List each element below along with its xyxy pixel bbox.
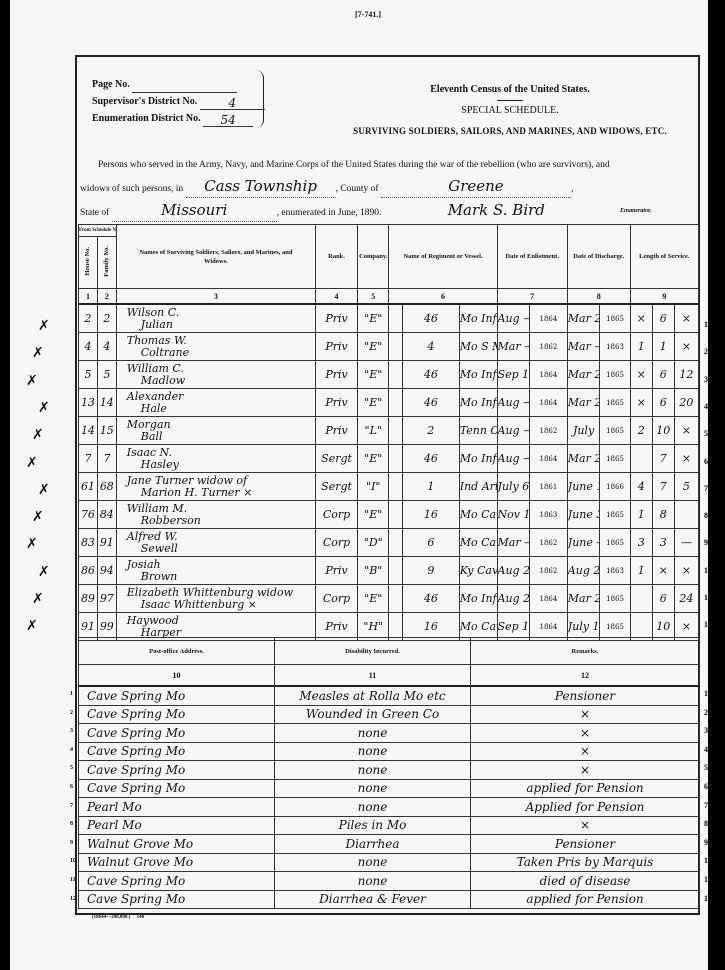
enlistment-year-cell: 1862 <box>530 417 568 445</box>
name-cell: Isaac N.Hasley <box>116 445 315 473</box>
regiment-number-cell: 46 <box>403 304 460 333</box>
line-number: 3 <box>704 375 708 384</box>
tally-mark-icon: ✗ <box>32 345 44 361</box>
enlistment-month: July <box>498 480 519 493</box>
discharge-month-day-cell: June — <box>567 529 600 557</box>
days-cell: 20 <box>674 389 698 417</box>
family-no-cell: 68 <box>97 473 116 501</box>
years-cell: 3 <box>630 529 652 557</box>
years-cell: × <box>630 389 652 417</box>
months-cell: 6 <box>652 361 674 389</box>
months-cell: 6 <box>652 389 674 417</box>
line-number: 1 <box>704 689 708 698</box>
line-number: 11 <box>704 593 712 602</box>
discharge-month-day-cell: Mar — <box>567 333 600 361</box>
discharge-month-day-cell: Mar 25 <box>567 445 600 473</box>
name-cell: William M.Robberson <box>116 501 315 529</box>
enlistment-month-day-cell: Mar — <box>497 333 530 361</box>
days-cell: — <box>674 529 698 557</box>
name-line-1: Josiah <box>127 559 315 571</box>
rank-cell: Sergt <box>316 445 358 473</box>
discharge-year-cell: 1865 <box>600 529 630 557</box>
disability-cell: none <box>275 742 471 761</box>
line-number: 4 <box>704 402 708 411</box>
intro-paragraph: Persons who served in the Army, Navy, an… <box>80 155 695 224</box>
enlistment-year-cell: 1864 <box>530 389 568 417</box>
discharge-month-day-cell: Mar 25 <box>567 389 600 417</box>
table-row: Cave Spring Mononedied of disease <box>79 872 700 891</box>
disability-cell: none <box>275 798 471 817</box>
tally-mark-icon: ✗ <box>38 482 50 498</box>
name-line-2: Madlow <box>127 375 315 387</box>
rank-cell: Corp <box>316 529 358 557</box>
name-line-2: Isaac Whittenburg × <box>127 599 315 611</box>
table-row: 55William C.MadlowPriv"E"46Mo InfSep 131… <box>79 361 699 389</box>
enlistment-month: Aug <box>498 312 520 325</box>
tally-mark-icon: ✗ <box>38 400 50 416</box>
line-number: 7 <box>704 484 708 493</box>
family-no-cell: 4 <box>97 333 116 361</box>
discharge-year-cell: 1865 <box>600 389 630 417</box>
line-number: 6 <box>704 782 708 791</box>
regiment-name-cell: Tenn Cav <box>459 417 497 445</box>
discharge-day: — <box>594 340 599 353</box>
enlistment-day: — <box>523 424 529 437</box>
col-num: 10 <box>79 665 275 687</box>
years-cell: 4 <box>630 473 652 501</box>
enlistment-year-cell: 1862 <box>530 333 568 361</box>
discharge-year-cell: 1865 <box>600 304 630 333</box>
company-cell: "B" <box>358 557 389 585</box>
enlistment-month: Aug <box>498 396 520 409</box>
name-line-2: Brown <box>127 571 315 583</box>
enlistment-month-day-cell: Aug 29 <box>497 585 530 613</box>
print-code: (18644—200,000.) 140 <box>92 915 144 920</box>
discharge-month-day-cell: Mar 25 <box>567 304 600 333</box>
enumerated-label: , enumerated in June, 1890. <box>277 208 382 218</box>
discharge-month: Mar <box>568 340 591 353</box>
name-line-1: Isaac N. <box>127 447 315 459</box>
line-number: 5 <box>704 429 708 438</box>
enlistment-year-cell: 1864 <box>530 304 568 333</box>
years-cell: 1 <box>630 501 652 529</box>
discharge-month-day-cell: July <box>567 417 600 445</box>
house-no-cell: 61 <box>79 473 98 501</box>
discharge-year-cell: 1863 <box>600 333 630 361</box>
address-cell: Pearl Mo <box>79 816 275 835</box>
discharge-month-day-cell: Aug 23 <box>567 557 600 585</box>
regiment-spacer <box>389 304 403 333</box>
name-line-2: Sewell <box>127 543 315 555</box>
table-row: 1314AlexanderHalePriv"E"46Mo InfAug —186… <box>79 389 699 417</box>
soldiers-table: From Schedule No. 1. Names of Surviving … <box>78 224 699 641</box>
years-cell: 1 <box>630 557 652 585</box>
table-row: Walnut Grove MononeTaken Pris by Marquis <box>79 853 700 872</box>
line-number-left: 7 <box>70 803 73 809</box>
line-number-left: 4 <box>70 747 73 753</box>
line-number: 12 <box>704 620 712 629</box>
discharge-month: Mar <box>568 452 591 465</box>
name-cell: Wilson C.Julian <box>116 304 315 333</box>
line-number: 8 <box>704 511 708 520</box>
company-cell: "E" <box>358 445 389 473</box>
name-line-2: Hasley <box>127 459 315 471</box>
discharge-day: 25 <box>594 312 599 325</box>
family-no-cell: 2 <box>97 304 116 333</box>
house-no-cell: 83 <box>79 529 98 557</box>
days-cell: × <box>674 333 698 361</box>
enlistment-day: — <box>523 452 529 465</box>
discharge-day: 30 <box>596 508 599 521</box>
table-row: 77Isaac N.HasleySergt"E"46Mo InfAug —186… <box>79 445 699 473</box>
header-rank: Rank. <box>316 225 358 289</box>
discharge-month-day-cell: June 30 <box>567 501 600 529</box>
discharge-year-cell: 1865 <box>600 417 630 445</box>
enlistment-day: 1" <box>524 508 530 521</box>
discharge-year-cell: 1863 <box>600 557 630 585</box>
line-number-left: 10 <box>70 858 76 864</box>
discharge-month: Mar <box>568 592 591 605</box>
company-cell: "E" <box>358 333 389 361</box>
name-cell: Elizabeth Whittenburg widowIsaac Whitten… <box>116 585 315 613</box>
days-cell: × <box>674 557 698 585</box>
address-cell: Cave Spring Mo <box>79 742 275 761</box>
discharge-month: June <box>568 508 593 521</box>
house-no-cell: 7 <box>79 445 98 473</box>
days-cell: × <box>674 304 698 333</box>
col-num: 3 <box>116 289 315 305</box>
enlistment-month: Mar <box>498 340 521 353</box>
months-cell: 8 <box>652 501 674 529</box>
schedule-heading: SURVIVING SOLDIERS, SAILORS, AND MARINES… <box>330 121 690 141</box>
enlistment-month: Nov <box>498 508 520 521</box>
table-row: 44Thomas W.ColtranePriv"E"4Mo S MMar —18… <box>79 333 699 361</box>
months-cell: 3 <box>652 529 674 557</box>
discharge-month: July <box>573 424 594 437</box>
address-cell: Cave Spring Mo <box>79 686 275 705</box>
name-line-1: Wilson C. <box>127 307 315 319</box>
days-cell: × <box>674 417 698 445</box>
column-number-row: 1 2 3 4 5 6 7 8 9 <box>79 289 699 305</box>
disability-cell: Wounded in Green Co <box>275 705 471 724</box>
line-number: 3 <box>704 726 708 735</box>
regiment-spacer <box>389 501 403 529</box>
enlistment-year-cell: 1862 <box>530 529 568 557</box>
table-row: 8997Elizabeth Whittenburg widowIsaac Whi… <box>79 585 699 613</box>
line-number: 5 <box>704 763 708 772</box>
enlistment-month-day-cell: Aug — <box>497 445 530 473</box>
disability-cell: none <box>275 779 471 798</box>
family-no-cell: 14 <box>97 389 116 417</box>
remarks-cell: × <box>471 761 700 780</box>
remarks-cell: applied for Pension <box>471 779 700 798</box>
enlistment-year-cell: 1864 <box>530 585 568 613</box>
months-cell: 6 <box>652 585 674 613</box>
discharge-month: Mar <box>568 368 591 381</box>
header-disability: Disability Incurred. <box>275 638 471 665</box>
name-cell: JosiahBrown <box>116 557 315 585</box>
discharge-month: July <box>568 620 589 633</box>
schedule-subtitle: SPECIAL SCHEDULE. <box>330 101 690 121</box>
name-line-2: Ball <box>127 431 315 443</box>
table-row: Cave Spring MoDiarrhea & Feverapplied fo… <box>79 890 700 909</box>
regiment-number-cell: 4 <box>403 333 460 361</box>
years-cell: × <box>630 304 652 333</box>
col-num: 9 <box>630 289 698 305</box>
enlistment-year-cell: 1864 <box>530 445 568 473</box>
regiment-number-cell: 1 <box>403 473 460 501</box>
enlistment-month: Mar <box>498 536 521 549</box>
col-num: 7 <box>497 289 567 305</box>
header-enlistment: Date of Enlistment. <box>497 225 567 289</box>
col-num: 11 <box>275 665 471 687</box>
remarks-cell: Pensioner <box>471 686 700 705</box>
name-cell: William C.Madlow <box>116 361 315 389</box>
enlistment-day: — <box>524 340 529 353</box>
line-number-left: 5 <box>70 765 73 771</box>
col-num: 4 <box>316 289 358 305</box>
company-cell: "D" <box>358 529 389 557</box>
line-number-left: 8 <box>70 821 73 827</box>
house-no-cell: 4 <box>79 333 98 361</box>
company-cell: "L" <box>358 417 389 445</box>
discharge-day: 25 <box>594 592 599 605</box>
name-line-1: Alexander <box>127 391 315 403</box>
disability-table: Post-office Address. Disability Incurred… <box>78 637 700 909</box>
disability-cell: none <box>275 853 471 872</box>
regiment-spacer <box>389 389 403 417</box>
days-cell: 24 <box>674 585 698 613</box>
address-cell: Cave Spring Mo <box>79 705 275 724</box>
name-line-1: William C. <box>127 363 315 375</box>
enumerator-label: Enumerator. <box>620 208 652 214</box>
enlistment-month: Sep <box>498 368 519 381</box>
table-row: 1415MorganBallPriv"L"2Tenn CavAug —1862J… <box>79 417 699 445</box>
address-cell: Cave Spring Mo <box>79 761 275 780</box>
years-cell: 1 <box>630 333 652 361</box>
table-row: Cave Spring MoWounded in Green Co× <box>79 705 700 724</box>
tally-mark-icon: ✗ <box>38 318 50 334</box>
house-no-cell: 14 <box>79 417 98 445</box>
regiment-number-cell: 6 <box>403 529 460 557</box>
line-number-left: 12 <box>70 896 76 902</box>
line-number: 9 <box>704 538 708 547</box>
discharge-month: June <box>568 480 593 493</box>
regiment-number-cell: 2 <box>403 417 460 445</box>
family-no-cell: 5 <box>97 361 116 389</box>
company-cell: "E" <box>358 501 389 529</box>
schedule-title-block: Eleventh Census of the United States. SP… <box>330 80 690 141</box>
discharge-day: 23 <box>593 564 599 577</box>
address-cell: Walnut Grove Mo <box>79 853 275 872</box>
tally-mark-icon: ✗ <box>26 618 38 634</box>
remarks-cell: Taken Pris by Marquis <box>471 853 700 872</box>
rank-cell: Priv <box>316 361 358 389</box>
line-number-left: 6 <box>70 784 73 790</box>
family-no-cell: 97 <box>97 585 116 613</box>
regiment-spacer <box>389 529 403 557</box>
discharge-year-cell: 1865 <box>600 445 630 473</box>
enlistment-month: Aug <box>498 424 520 437</box>
table-row: Cave Spring Monone× <box>79 761 700 780</box>
regiment-number-cell: 46 <box>403 389 460 417</box>
enlistment-year-cell: 1863 <box>530 501 568 529</box>
col-num: 1 <box>79 289 98 305</box>
widows-label: widows of such persons, in <box>80 184 183 194</box>
page-no-value <box>132 78 237 93</box>
enlistment-day: — <box>524 536 529 549</box>
name-line-1: Morgan <box>127 419 315 431</box>
discharge-month-day-cell: Mar 25 <box>567 361 600 389</box>
name-cell: MorganBall <box>116 417 315 445</box>
discharge-day: 16 <box>596 480 599 493</box>
regiment-spacer <box>389 445 403 473</box>
enumerator-signature: Mark S. Bird <box>404 200 589 221</box>
table-row: Pearl MononeApplied for Pension <box>79 798 700 817</box>
days-cell: × <box>674 445 698 473</box>
table-row: 6168Jane Turner widow ofMarion H. Turner… <box>79 473 699 501</box>
disability-cell: none <box>275 724 471 743</box>
header-company: Company. <box>358 225 389 289</box>
days-cell: 12 <box>674 361 698 389</box>
address-cell: Cave Spring Mo <box>79 724 275 743</box>
enlistment-month-day-cell: Aug 22 <box>497 557 530 585</box>
name-line-2: Julian <box>127 319 315 331</box>
line-number: 8 <box>704 819 708 828</box>
address-cell: Cave Spring Mo <box>79 872 275 891</box>
house-no-cell: 76 <box>79 501 98 529</box>
enlistment-day: 1" <box>522 620 529 633</box>
regiment-spacer <box>389 417 403 445</box>
regiment-spacer <box>389 557 403 585</box>
house-no-cell: 86 <box>79 557 98 585</box>
disability-cell: Piles in Mo <box>275 816 471 835</box>
enlistment-day: 22 <box>523 564 529 577</box>
years-cell: × <box>630 361 652 389</box>
name-line-1: Haywood <box>127 615 315 627</box>
line-number: 4 <box>704 745 708 754</box>
years-cell: 2 <box>630 417 652 445</box>
header-address: Post-office Address. <box>79 638 275 665</box>
enlistment-year-cell: 1864 <box>530 361 568 389</box>
tally-mark-icon: ✗ <box>32 427 44 443</box>
name-cell: Alfred W.Sewell <box>116 529 315 557</box>
discharge-day: 25 <box>594 368 599 381</box>
page-no-label: Page No. <box>92 76 130 93</box>
col-num: 8 <box>567 289 630 305</box>
years-cell <box>630 585 652 613</box>
intro-line-1: Persons who served in the Army, Navy, an… <box>80 155 695 176</box>
name-line-1: Elizabeth Whittenburg widow <box>127 587 315 599</box>
months-cell: 7 <box>652 445 674 473</box>
table-row: Cave Spring Mononeapplied for Pension <box>79 779 700 798</box>
enlistment-year-cell: 1862 <box>530 557 568 585</box>
family-no-cell: 15 <box>97 417 116 445</box>
regiment-number-cell: 16 <box>403 501 460 529</box>
line-number: 10 <box>704 566 712 575</box>
discharge-year-cell: 1865 <box>600 361 630 389</box>
table-row: Walnut Grove MoDiarrheaPensioner <box>79 835 700 854</box>
line-number: 2 <box>704 347 708 356</box>
remarks-cell: applied for Pension <box>471 890 700 909</box>
enlistment-month-day-cell: Sep 13 <box>497 361 530 389</box>
discharge-month: Mar <box>568 396 591 409</box>
header-length: Length of Service. <box>630 225 698 289</box>
name-cell: Thomas W.Coltrane <box>116 333 315 361</box>
company-cell: "E" <box>358 304 389 333</box>
from-schedule-header: From Schedule No. 1. <box>79 225 117 237</box>
regiment-name-cell: Ky Cav <box>459 557 497 585</box>
remarks-cell: Pensioner <box>471 835 700 854</box>
remarks-cell: × <box>471 705 700 724</box>
regiment-number-cell: 9 <box>403 557 460 585</box>
enlistment-day: 29 <box>523 592 529 605</box>
table-row: Cave Spring MoMeasles at Rolla Mo etcPen… <box>79 686 700 705</box>
name-line-1: Jane Turner widow of <box>127 475 315 487</box>
days-cell <box>674 501 698 529</box>
family-no-cell: 7 <box>97 445 116 473</box>
enlistment-month-day-cell: Aug — <box>497 304 530 333</box>
address-cell: Cave Spring Mo <box>79 890 275 909</box>
township-field: Cass Township <box>186 176 336 198</box>
table-row: 22Wilson C.JulianPriv"E"46Mo InfAug —186… <box>79 304 699 333</box>
state-label: State of <box>80 208 109 218</box>
district-info: Page No. Supervisor's District No. 4 Enu… <box>92 76 265 127</box>
header-discharge: Date of Discharge. <box>567 225 630 289</box>
tally-mark-icon: ✗ <box>26 455 38 471</box>
regiment-name-cell: Mo Inf <box>459 361 497 389</box>
enumeration-value: 54 <box>203 112 253 127</box>
enlistment-month: Aug <box>498 564 520 577</box>
table-row: Pearl MoPiles in Mo× <box>79 816 700 835</box>
rank-cell: Corp <box>316 501 358 529</box>
line-number-left: 1 <box>70 691 73 697</box>
enlistment-month-day-cell: Aug — <box>497 389 530 417</box>
state-field: Missouri <box>112 200 277 222</box>
disability-cell: Measles at Rolla Mo etc <box>275 686 471 705</box>
regiment-number-cell: 46 <box>403 361 460 389</box>
house-no-cell: 5 <box>79 361 98 389</box>
line-number: 11 <box>704 875 712 884</box>
tally-mark-icon: ✗ <box>32 591 44 607</box>
col-num: 12 <box>471 665 700 687</box>
family-no-cell: 91 <box>97 529 116 557</box>
remarks-cell: × <box>471 724 700 743</box>
rank-cell: Priv <box>316 557 358 585</box>
enlistment-year-cell: 1861 <box>530 473 568 501</box>
months-cell: 7 <box>652 473 674 501</box>
table-row: 8694JosiahBrownPriv"B"9Ky CavAug 221862A… <box>79 557 699 585</box>
header-family-no: Family No. <box>102 246 111 277</box>
enlistment-day: — <box>523 312 529 325</box>
enlistment-month-day-cell: Aug — <box>497 417 530 445</box>
discharge-month: June <box>568 536 593 549</box>
rank-cell: Sergt <box>316 473 358 501</box>
months-cell: 6 <box>652 304 674 333</box>
brace-decoration <box>255 70 264 128</box>
regiment-name-cell: Mo Cav <box>459 501 497 529</box>
line-number-left: 9 <box>70 840 73 846</box>
family-no-cell: 84 <box>97 501 116 529</box>
regiment-number-cell: 46 <box>403 445 460 473</box>
disability-cell: none <box>275 872 471 891</box>
line-number: 2 <box>704 708 708 717</box>
years-cell <box>630 445 652 473</box>
name-line-2: Marion H. Turner × <box>127 487 315 499</box>
discharge-day: 25 <box>594 452 599 465</box>
table-row: 8391Alfred W.SewellCorp"D"6Mo CavMar —18… <box>79 529 699 557</box>
tally-mark-icon: ✗ <box>26 373 38 389</box>
